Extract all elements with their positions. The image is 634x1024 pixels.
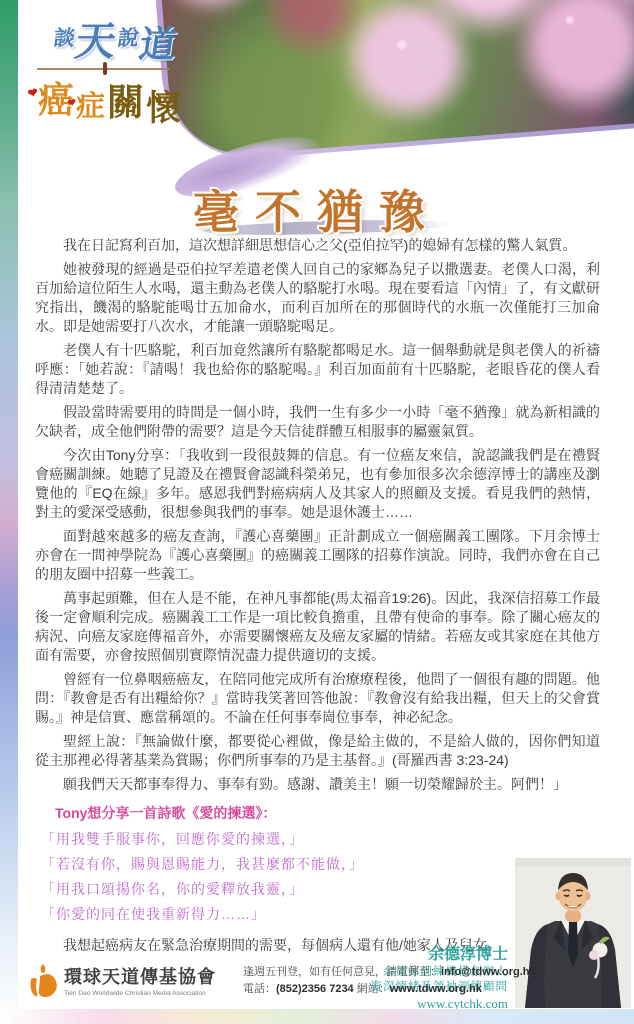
article-paragraph: 我在日記寫利百加，這次想詳細思想信心之父(亞伯拉罕)的媳婦有怎樣的驚人氣質。 [35,236,600,255]
org-names: 環球天道傳基協會 Tien Dao Worldwide Christian Me… [64,963,216,997]
page-title: 毫不猶豫 [0,176,634,242]
contact-email: info@tdww.org.hk [441,966,536,978]
flower-blur-layer [157,0,634,160]
contact-website: www.tdww.org.hk [390,983,482,995]
masthead-char: 說 [116,22,141,52]
article-body: 我在日記寫利百加，這次想詳細思想信心之父(亞伯拉罕)的媳婦有怎樣的驚人氣質。 她… [35,236,600,960]
song-line: 「你愛的同在使我重新得力……」 [41,902,600,927]
contact-line2: 電話：(852)2356 7234 網站：網站：www.tdww.org.hk [243,981,536,998]
song-heading: Tony想分享一首詩歌《愛的揀選》： [55,803,600,823]
article-paragraph: 今次由Tony分享：「我收到一段很鼓舞的信息。有一位癌友來信，說認識我們是在禮賢… [35,446,600,522]
song-section: Tony想分享一首詩歌《愛的揀選》： 「用我雙手服事你，回應你愛的揀選，」 「若… [35,803,600,927]
article-paragraph: 面對越來越多的癌友查詢，『護心喜藥團』正計劃成立一個癌關義工團隊。下月余博士亦會… [35,527,600,584]
masthead-line1: 談 天 說 道 [30,10,220,62]
closing-paragraph: 我想起癌病友在緊急治療期間的需要，每個病人還有他/她家人及兒女。 [35,936,600,955]
masthead-char: 症 [76,84,105,125]
publish-note: 逢週五刊登，如有任何意見，請電郵至： [243,966,441,978]
newsletter-page: 談 天 說 道 ❤ 癌 ❤ 症 關 懷 毫不猶豫 我在日記寫利百加，這次想詳細思… [0,0,634,1024]
article-paragraph: 假設當時需要用的時間是一個小時，我們一生有多少一小時「毫不猶豫」就為新相識的欠缺… [35,403,600,441]
song-line: 「若沒有你，賜與恩賜能力，我甚麼都不能做，」 [41,852,600,877]
article-paragraph: 曾經有一位鼻咽癌癌友，在陪同他完成所有治療療程後，他問了一個很有趣的問題。他問：… [35,670,600,727]
flower-speck [565,15,574,24]
org-name-en: Tien Dao Worldwide Christian Media Assoc… [64,990,216,997]
left-gradient-bar [0,0,18,1024]
masthead-char: 談 [52,22,77,52]
org-name-zh: 環球天道傳基協會 [64,963,216,989]
song-line: 「用我口頌揚你名，你的愛釋放我靈，」 [41,877,600,902]
phone-label: 電話： [243,983,276,995]
article-paragraph: 萬事起頭難，但在人是不能，在神凡事都能(馬太福音19:26)。因此，我深信招募工… [35,589,600,665]
masthead-char: 道 [136,14,181,68]
masthead-char: 關 [107,72,144,126]
flower-photo-image [157,0,634,160]
masthead-line2: ❤ 癌 ❤ 症 關 懷 [30,72,220,128]
org-logo-icon [28,961,58,999]
song-line: 「用我雙手服事你，回應你愛的揀選，」 [41,827,600,852]
author-name: 余德淳博士 [371,941,509,964]
footer-organisation: 環球天道傳基協會 Tien Dao Worldwide Christian Me… [28,961,216,999]
article-paragraph: 她被發現的經過是亞伯拉罕差遣老僕人回自己的家鄉為兒子以撒選妻。老僕人口渴，利百加… [35,260,600,336]
masthead: 談 天 說 道 ❤ 癌 ❤ 症 關 懷 [30,10,220,128]
masthead-char: 天 [72,10,120,67]
article-paragraph: 聖經上說：『無論做什麼，都要從心裡做，像是給主做的，不是給人做的，因你們知道從主… [35,732,600,770]
contact-phone: (852)2356 7234 [276,983,354,995]
article-paragraph: 願我們天天都事奉得力、事奉有勁。感謝、讚美主！願一切榮耀歸於主。阿們！」 [35,775,600,794]
site-label: 網站： [357,983,390,995]
contact-line1: 逢週五刊登，如有任何意見，請電郵至：info@tdww.org.hk [243,964,536,981]
article-paragraph: 老僕人有十匹駱駝，利百加竟然讓所有駱駝都喝足水。這一個舉動就是與老僕人的祈禱呼應… [35,341,600,398]
bottom-gradient-bar [0,1009,634,1024]
header-flower-photo [151,0,634,165]
masthead-char: 懷 [146,81,181,131]
footer-contact: 逢週五刊登，如有任何意見，請電郵至：info@tdww.org.hk 電話：(8… [243,964,536,998]
